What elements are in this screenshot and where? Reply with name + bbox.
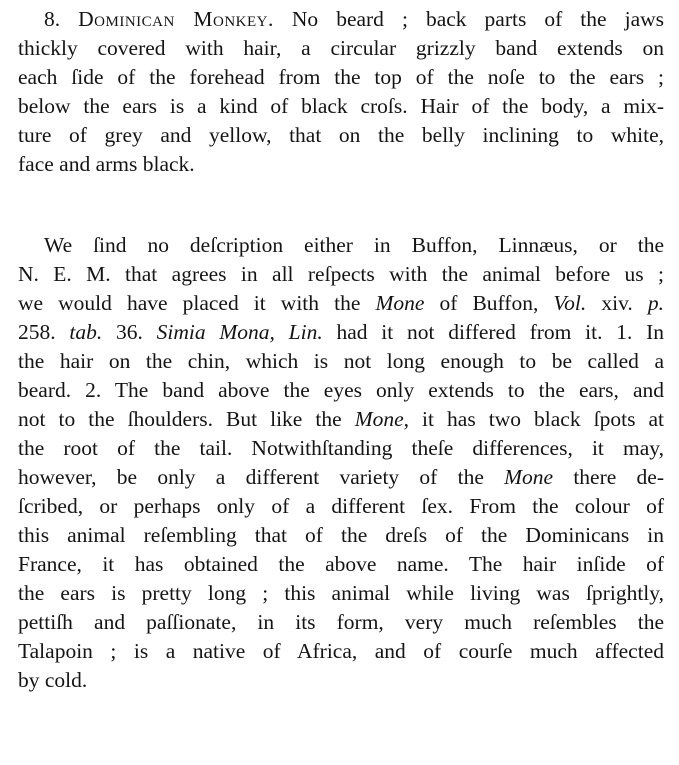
italic-span: tab. bbox=[69, 320, 102, 344]
italic-span: Mone bbox=[375, 291, 424, 315]
document-page: 8. Dominican Monkey. No beard ; back par… bbox=[0, 0, 679, 765]
text-line: pettiſh and paſſionate, in its form, ver… bbox=[18, 609, 664, 635]
text-line: the ears is pretty long ; this animal wh… bbox=[18, 580, 664, 606]
italic-span: Mone bbox=[504, 465, 553, 489]
text-line: the hair on the chin, which is not long … bbox=[18, 348, 664, 374]
italic-span: p. bbox=[648, 291, 664, 315]
text-span: we would have placed it with the bbox=[18, 291, 375, 315]
italic-span: Mone bbox=[355, 407, 404, 431]
text-line: N. E. M. that agrees in all reſpects wit… bbox=[18, 261, 664, 287]
entry-title: Dominican Monkey. bbox=[78, 7, 274, 31]
text-span: xiv. bbox=[586, 291, 648, 315]
text-line: 258. tab. 36. Simia Mona, Lin. had it no… bbox=[18, 319, 664, 345]
entry-number: 8. bbox=[44, 7, 60, 31]
text-line: the root of the tail. Notwithſtanding th… bbox=[18, 435, 664, 461]
text-line: this animal reſembling that of the dreſs… bbox=[18, 522, 664, 548]
text-line: however, be only a different variety of … bbox=[18, 464, 664, 490]
text-span: 258. bbox=[18, 320, 69, 344]
text-line: ture of grey and yellow, that on the bel… bbox=[18, 122, 664, 148]
italic-span: Simia Mona, Lin. bbox=[157, 320, 323, 344]
text-line: We ſind no deſcription either in Buffon,… bbox=[44, 232, 664, 258]
text-span: not to the ſhoulders. But like the bbox=[18, 407, 355, 431]
text-line: No beard ; back parts of the jaws bbox=[292, 7, 664, 31]
text-line: by cold. bbox=[18, 667, 664, 693]
text-line: thickly covered with hair, a circular gr… bbox=[18, 35, 664, 61]
text-span: 36. bbox=[102, 320, 156, 344]
entry-heading-line: 8. Dominican Monkey. No beard ; back par… bbox=[44, 6, 664, 32]
text-line: beard. 2. The band above the eyes only e… bbox=[18, 377, 664, 403]
text-line: we would have placed it with the Mone of… bbox=[18, 290, 664, 316]
text-span: , it has two black ſpots at bbox=[404, 407, 664, 431]
text-line: Talapoin ; is a native of Africa, and of… bbox=[18, 638, 664, 664]
italic-span: Vol. bbox=[553, 291, 586, 315]
text-line: not to the ſhoulders. But like the Mone,… bbox=[18, 406, 664, 432]
text-line: ſcribed, or perhaps only of a different … bbox=[18, 493, 664, 519]
text-line: face and arms black. bbox=[18, 151, 664, 177]
text-span: of Buffon, bbox=[424, 291, 553, 315]
text-line: each ſide of the forehead from the top o… bbox=[18, 64, 664, 90]
text-span: had it not differed from it. 1. In bbox=[323, 320, 664, 344]
text-span: however, be only a different variety of … bbox=[18, 465, 504, 489]
text-span: there de- bbox=[553, 465, 664, 489]
text-line: France, it has obtained the above name. … bbox=[18, 551, 664, 577]
text-line: below the ears is a kind of black croſs.… bbox=[18, 93, 664, 119]
